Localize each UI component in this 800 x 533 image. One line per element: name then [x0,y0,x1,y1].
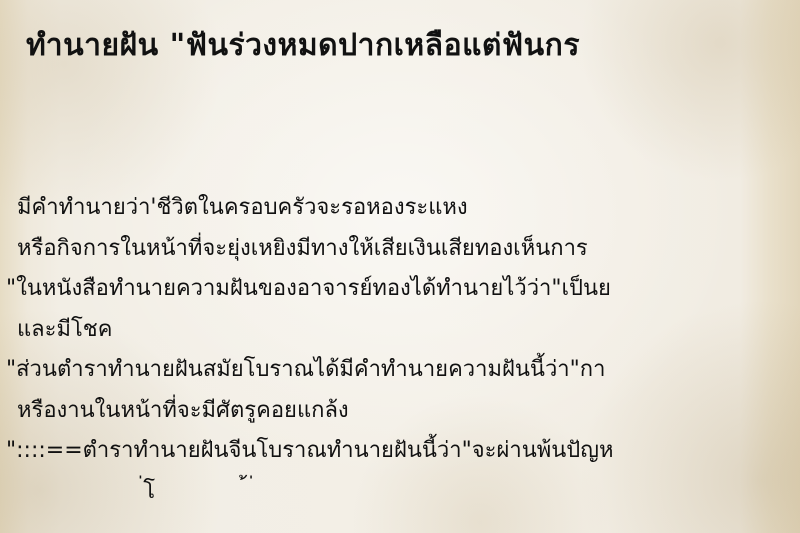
page-title: ทำนายฝัน "ฟันร่วงหมดปากเหลือแต่ฟันกร [26,18,580,74]
text-line: "::::==ตำราทำนายฝันจีนโบราณทำนายฝันนี้ว่… [0,431,800,472]
text-line: หรือกิจการในหน้าที่จะยุ่งเหยิงมีทางให้เส… [0,229,800,270]
text-line: และมีโชค [0,310,800,351]
text-line: "ในหนังสือทำนายความฝันของอาจารย์ทองได้ทำ… [0,269,800,310]
text-line: มีคำทำนายว่า'ชีวิตในครอบครัวจะรอหองระแหง [0,188,800,229]
text-line: "ส่วนตำราทำนายฝันสมัยโบราณได้มีคำทำนายคว… [0,350,800,391]
dream-interpretation-text: มีคำทำนายว่า'ชีวิตในครอบครัวจะรอหองระแหง… [0,188,800,512]
text-line-partial: ่โ ้ ่ [0,472,800,513]
text-line: หรืองานในหน้าที่จะมีศัตรูคอยแกล้ง [0,391,800,432]
